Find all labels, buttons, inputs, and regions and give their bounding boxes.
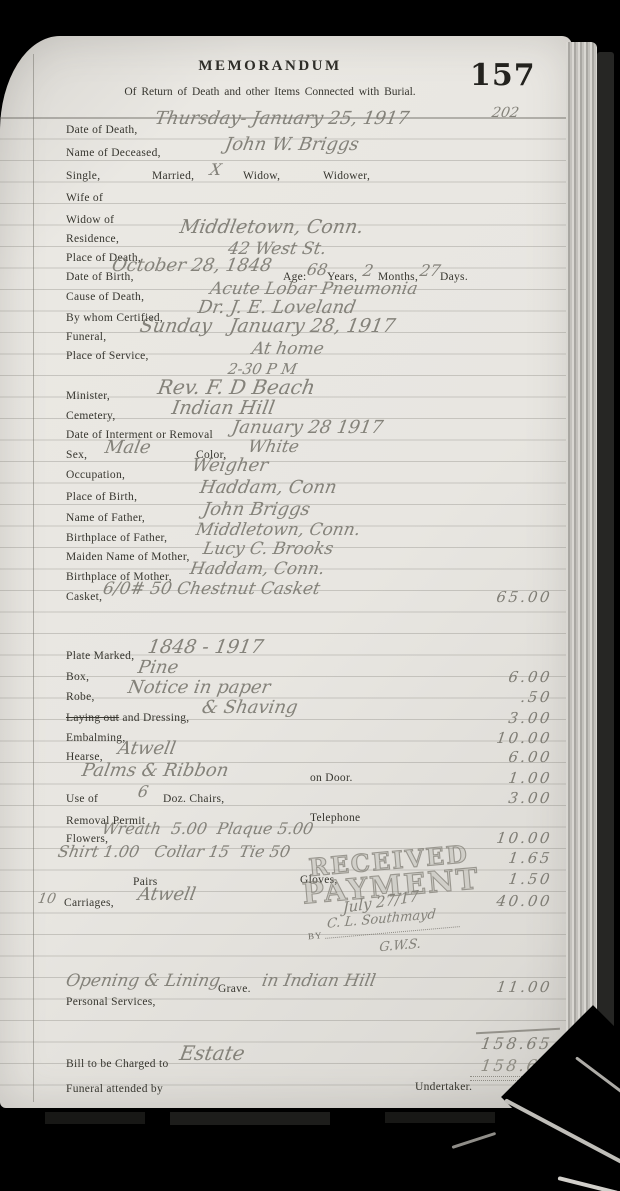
amount-box: 6.00 <box>451 668 554 686</box>
handwriting-opening-lining: Opening & Lining <box>65 973 222 990</box>
field-label-wife-of: Wife of <box>66 192 103 204</box>
handwriting-carriages-qty: 10 <box>37 892 57 906</box>
field-label-and-dressing: and Dressing, <box>119 712 189 724</box>
handwriting-sex: Male <box>103 439 152 457</box>
amount-hearse: 6.00 <box>451 748 554 766</box>
field-label-grave: Grave. <box>218 983 251 995</box>
handwriting-interment-date: January 28 1917 <box>230 419 384 437</box>
shadow-smudge-left <box>45 1112 145 1124</box>
ledger-page: MEMORANDUM Of Return of Death and other … <box>0 36 572 1108</box>
amount-palms: 1.00 <box>451 769 554 787</box>
field-label-casket: Casket, <box>66 591 102 603</box>
book-cover-edge <box>597 52 614 1094</box>
field-label-on-door: on Door. <box>310 772 353 784</box>
binder-clip-wire-stub <box>452 1132 497 1149</box>
field-label-birthplace-of-father: Birthplace of Father, <box>66 532 167 544</box>
amount-grave: 11.00 <box>451 978 554 996</box>
field-label-carriages: Carriages, <box>64 897 114 909</box>
field-label-days: Days. <box>440 271 468 283</box>
handwriting-shaving: & Shaving <box>200 699 299 717</box>
field-label-residence: Residence, <box>66 233 119 245</box>
printed-page-number: 157 <box>470 58 536 93</box>
field-label-personal-services: Personal Services, <box>66 996 156 1008</box>
amount-casket: 65.00 <box>451 588 554 606</box>
handwriting-date-of-birth: October 28, 1848 <box>110 257 273 275</box>
handwriting-name-of-deceased: John W. Briggs <box>223 136 360 154</box>
pencil-record-number: 202 <box>491 106 520 120</box>
handwriting-age-days: 27 <box>419 263 442 279</box>
handwriting-carriages: Atwell <box>136 886 197 904</box>
amount-dressing: 3.00 <box>451 709 554 727</box>
handwriting-cemetery: Indian Hill <box>170 399 276 418</box>
handwriting-grave-location: in Indian Hill <box>261 973 377 990</box>
field-label-use-of: Use of <box>66 793 98 805</box>
field-label-bill-to: Bill to be Charged to <box>66 1058 169 1070</box>
field-label-widow-of: Widow of <box>66 214 114 226</box>
handwriting-flowers: Wreath 5.00 Plaque 5.00 <box>101 821 315 837</box>
handwriting-hearse: Atwell <box>116 740 177 758</box>
field-label-funeral-attended-by: Funeral attended by <box>66 1083 163 1095</box>
handwriting-birthplace-of-mother: Haddam, Conn. <box>189 561 326 578</box>
ruled-lines <box>0 118 572 1106</box>
handwriting-residence: Middletown, Conn. <box>178 218 365 237</box>
handwriting-robe: Notice in paper <box>126 679 271 697</box>
field-label-place-of-birth: Place of Birth, <box>66 491 137 503</box>
handwriting-plate-marked: 1848 - 1917 <box>146 638 265 657</box>
field-label-minister: Minister, <box>66 390 110 402</box>
field-label-name-of-father: Name of Father, <box>66 512 145 524</box>
field-label-married: Married, <box>152 170 194 182</box>
handwriting-name-of-father: John Briggs <box>201 501 311 519</box>
scanned-ledger-photo: { "header": { "title": "MEMORANDUM", "su… <box>0 0 620 1191</box>
handwriting-funeral-date: Sunday January 28, 1917 <box>138 317 396 336</box>
field-label-laying-out-struck: Laying out <box>66 712 119 724</box>
field-label-dressing: Laying out and Dressing, <box>66 712 189 724</box>
stamp-by-label: BY <box>308 930 323 941</box>
handwriting-casket: 6/0# 50 Chestnut Casket <box>102 581 322 598</box>
handwriting-birthplace-of-father: Middletown, Conn. <box>195 522 362 539</box>
field-label-plate-marked: Plate Marked, <box>66 650 134 662</box>
shadow-smudge-center <box>170 1112 330 1125</box>
field-label-cause-of-death: Cause of Death, <box>66 291 144 303</box>
handwriting-occupation: Weigher <box>190 457 269 475</box>
amount-embalming: 10.00 <box>451 729 554 747</box>
handwriting-maiden-name-of-mother: Lucy C. Brooks <box>202 541 335 558</box>
amount-chairs: 3.00 <box>451 789 554 807</box>
field-label-widower: Widower, <box>323 170 370 182</box>
handwriting-bill-to: Estate <box>178 1043 246 1063</box>
amount-robe: .50 <box>451 688 554 706</box>
field-label-cemetery: Cemetery, <box>66 410 116 422</box>
field-label-undertaker: Undertaker. <box>415 1081 472 1093</box>
field-label-funeral: Funeral, <box>66 331 106 343</box>
field-label-sex: Sex, <box>66 449 87 461</box>
field-label-telephone: Telephone <box>310 812 360 824</box>
handwriting-place-of-service: At home <box>251 341 326 358</box>
handwriting-cause-of-death: Acute Lobar Pneumonia <box>209 281 419 298</box>
amount-total: 158.65 <box>451 1034 554 1053</box>
field-label-box: Box, <box>66 671 89 683</box>
page-title: MEMORANDUM <box>60 58 480 75</box>
shadow-smudge-right <box>385 1112 495 1123</box>
page-subtitle: Of Return of Death and other Items Conne… <box>20 86 520 98</box>
field-label-robe: Robe, <box>66 691 95 703</box>
handwriting-place-of-birth: Haddam, Conn <box>198 479 338 497</box>
handwriting-age-years: 68 <box>306 262 329 278</box>
field-label-embalming: Embalming, <box>66 732 126 744</box>
field-label-doz-chairs: Doz. Chairs, <box>163 793 224 805</box>
field-label-single: Single, <box>66 170 100 182</box>
handwriting-color: White <box>247 439 301 456</box>
handwriting-minister: Rev. F. D Beach <box>156 377 316 397</box>
handwriting-payment-initials: G.W.S. <box>379 937 422 954</box>
handwriting-box: Pine <box>136 659 179 677</box>
field-label-occupation: Occupation, <box>66 469 125 481</box>
field-label-place-of-service: Place of Service, <box>66 350 149 362</box>
field-label-name-of-deceased: Name of Deceased, <box>66 147 161 159</box>
book-page-edges <box>566 42 597 1100</box>
handwriting-palms-ribbon: Palms & Ribbon <box>80 762 230 780</box>
left-margin-line <box>33 54 34 1102</box>
handwriting-shirt-collar-tie: Shirt 1.00 Collar 15 Tie 50 <box>57 844 292 860</box>
field-label-maiden-name-of-mother: Maiden Name of Mother, <box>66 551 190 563</box>
handwriting-date-of-death: Thursday- January 25, 1917 <box>153 110 410 128</box>
field-label-widow: Widow, <box>243 170 280 182</box>
field-label-date-of-death: Date of Death, <box>66 124 138 136</box>
